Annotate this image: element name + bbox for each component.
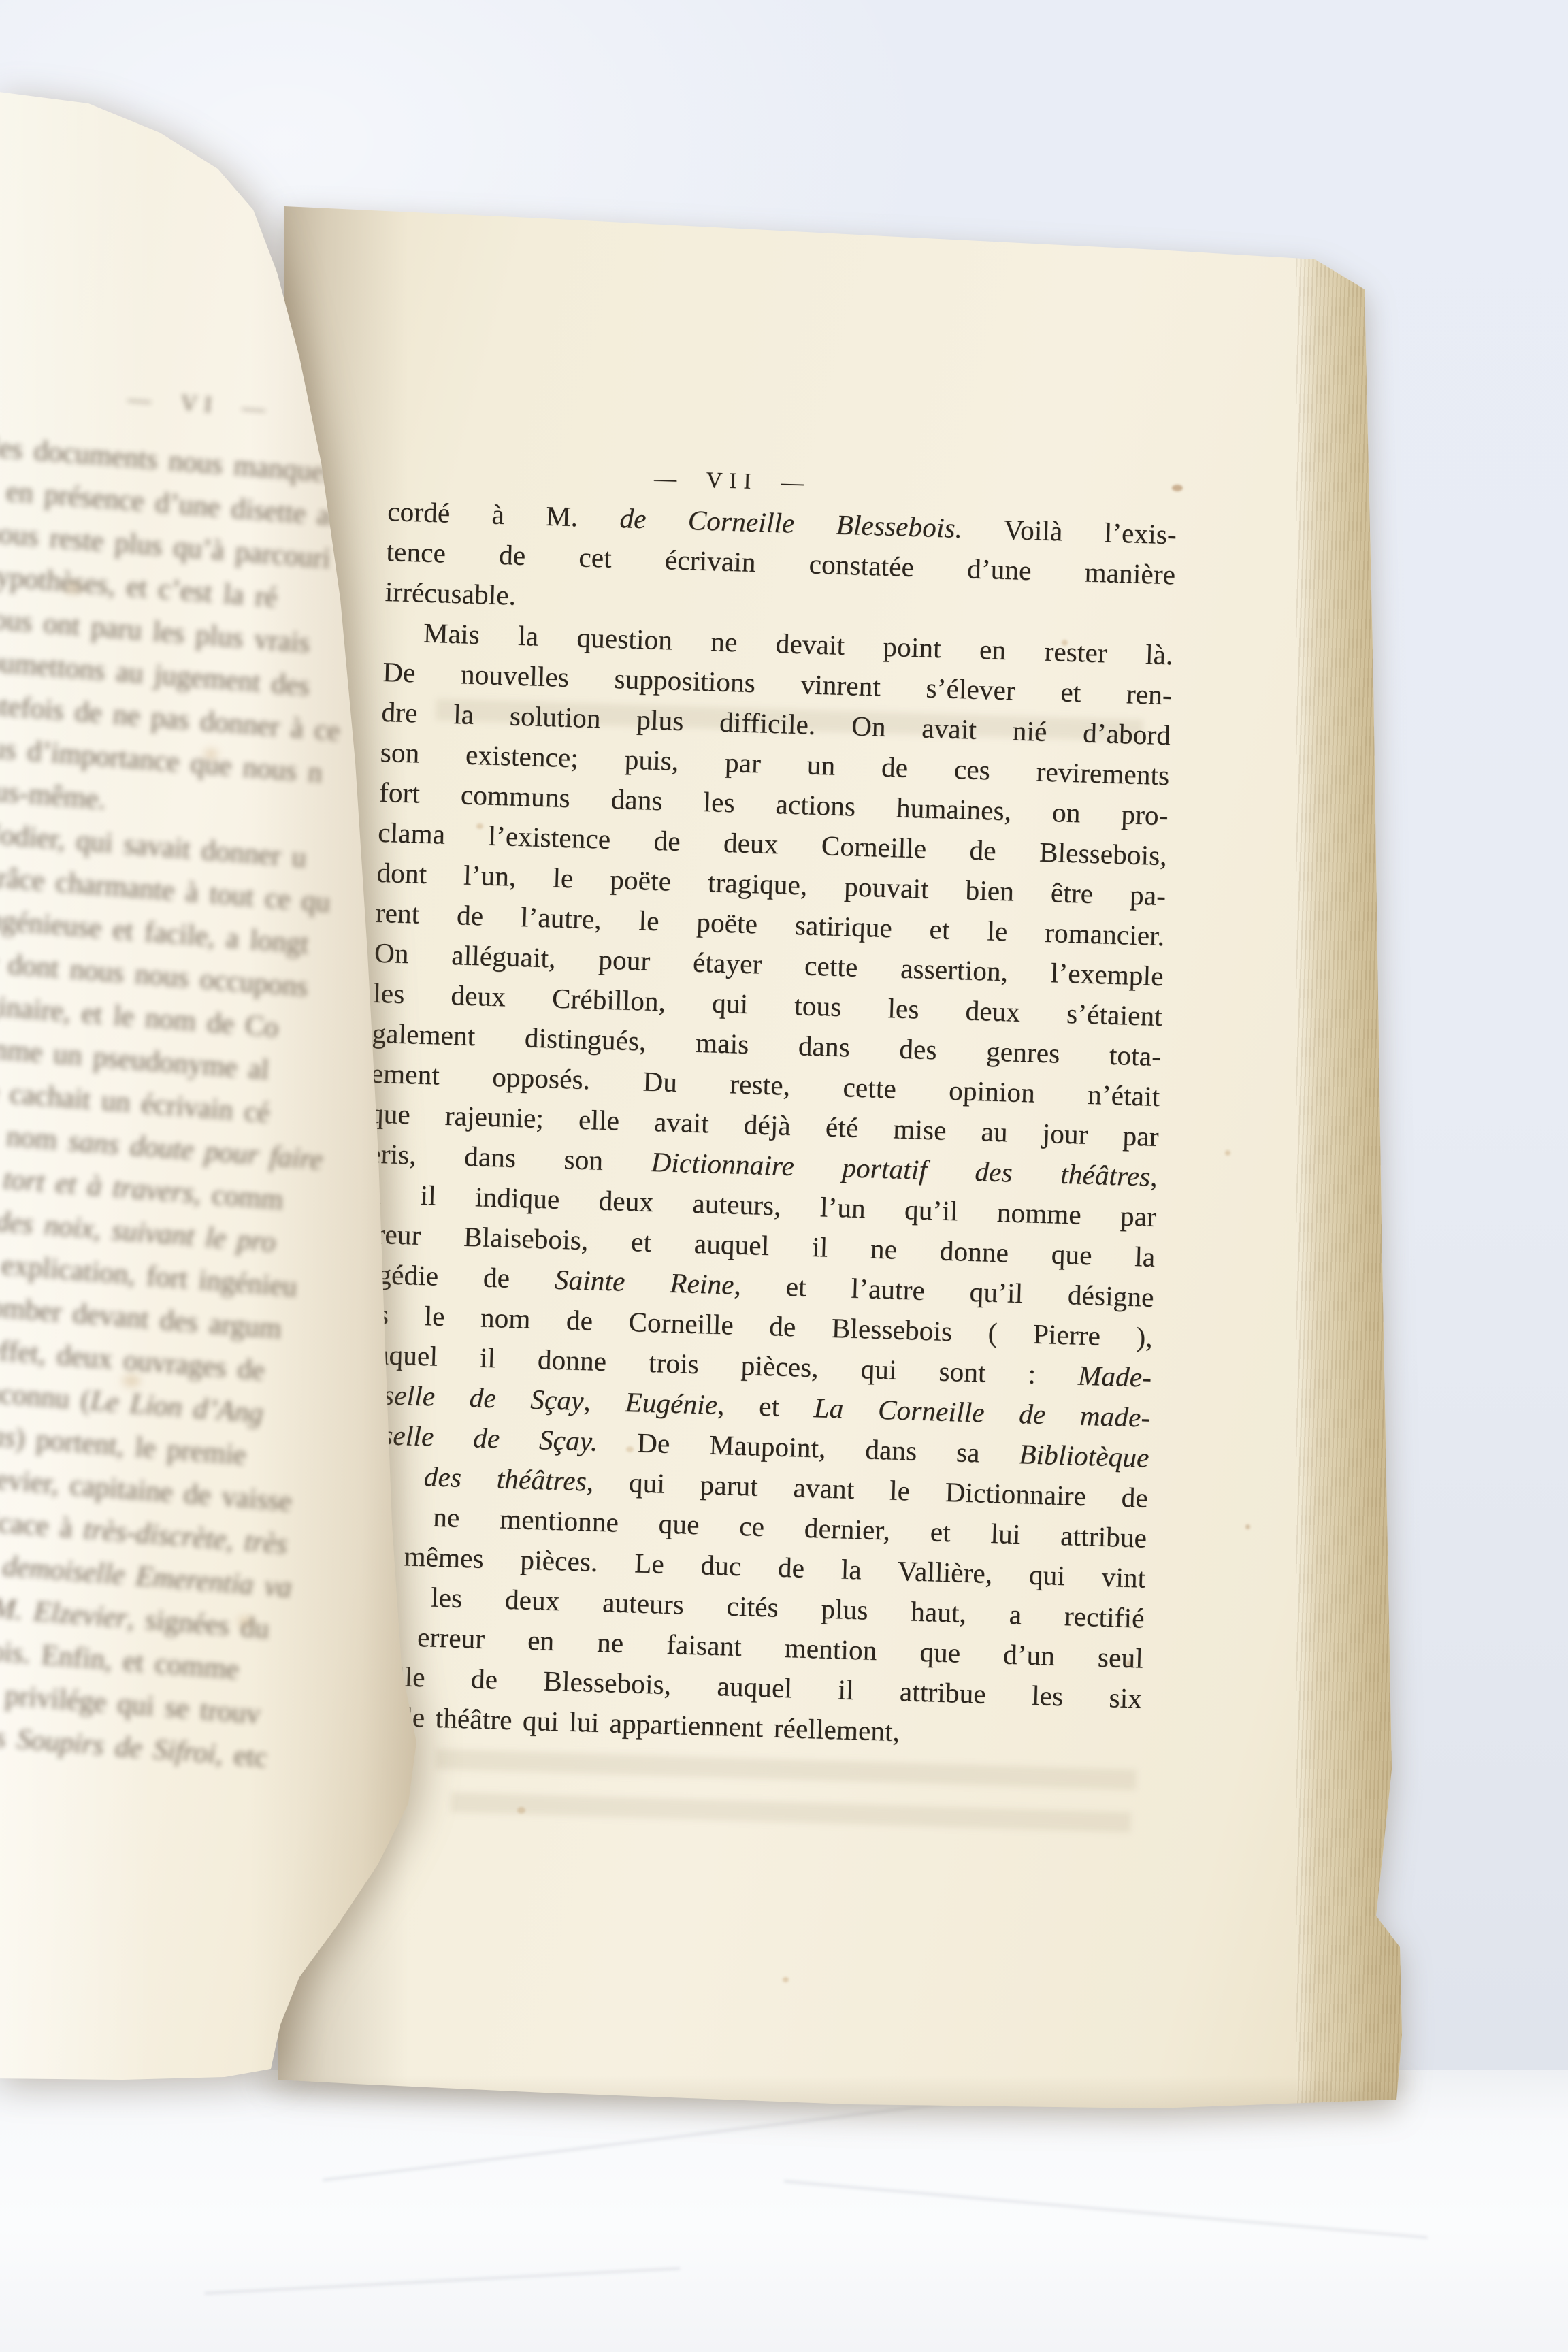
left-page-text-block: — VI — les documents nous manquen, en pr… (0, 367, 431, 1784)
left-page-text: les documents nous manquen, en présence … (0, 427, 427, 1784)
page-number-vi: — VI — (52, 372, 348, 436)
left-page: — VI — les documents nous manquen, en pr… (0, 82, 436, 2089)
left-page-wrap: — VI — les documents nous manquen, en pr… (0, 0, 1568, 2352)
